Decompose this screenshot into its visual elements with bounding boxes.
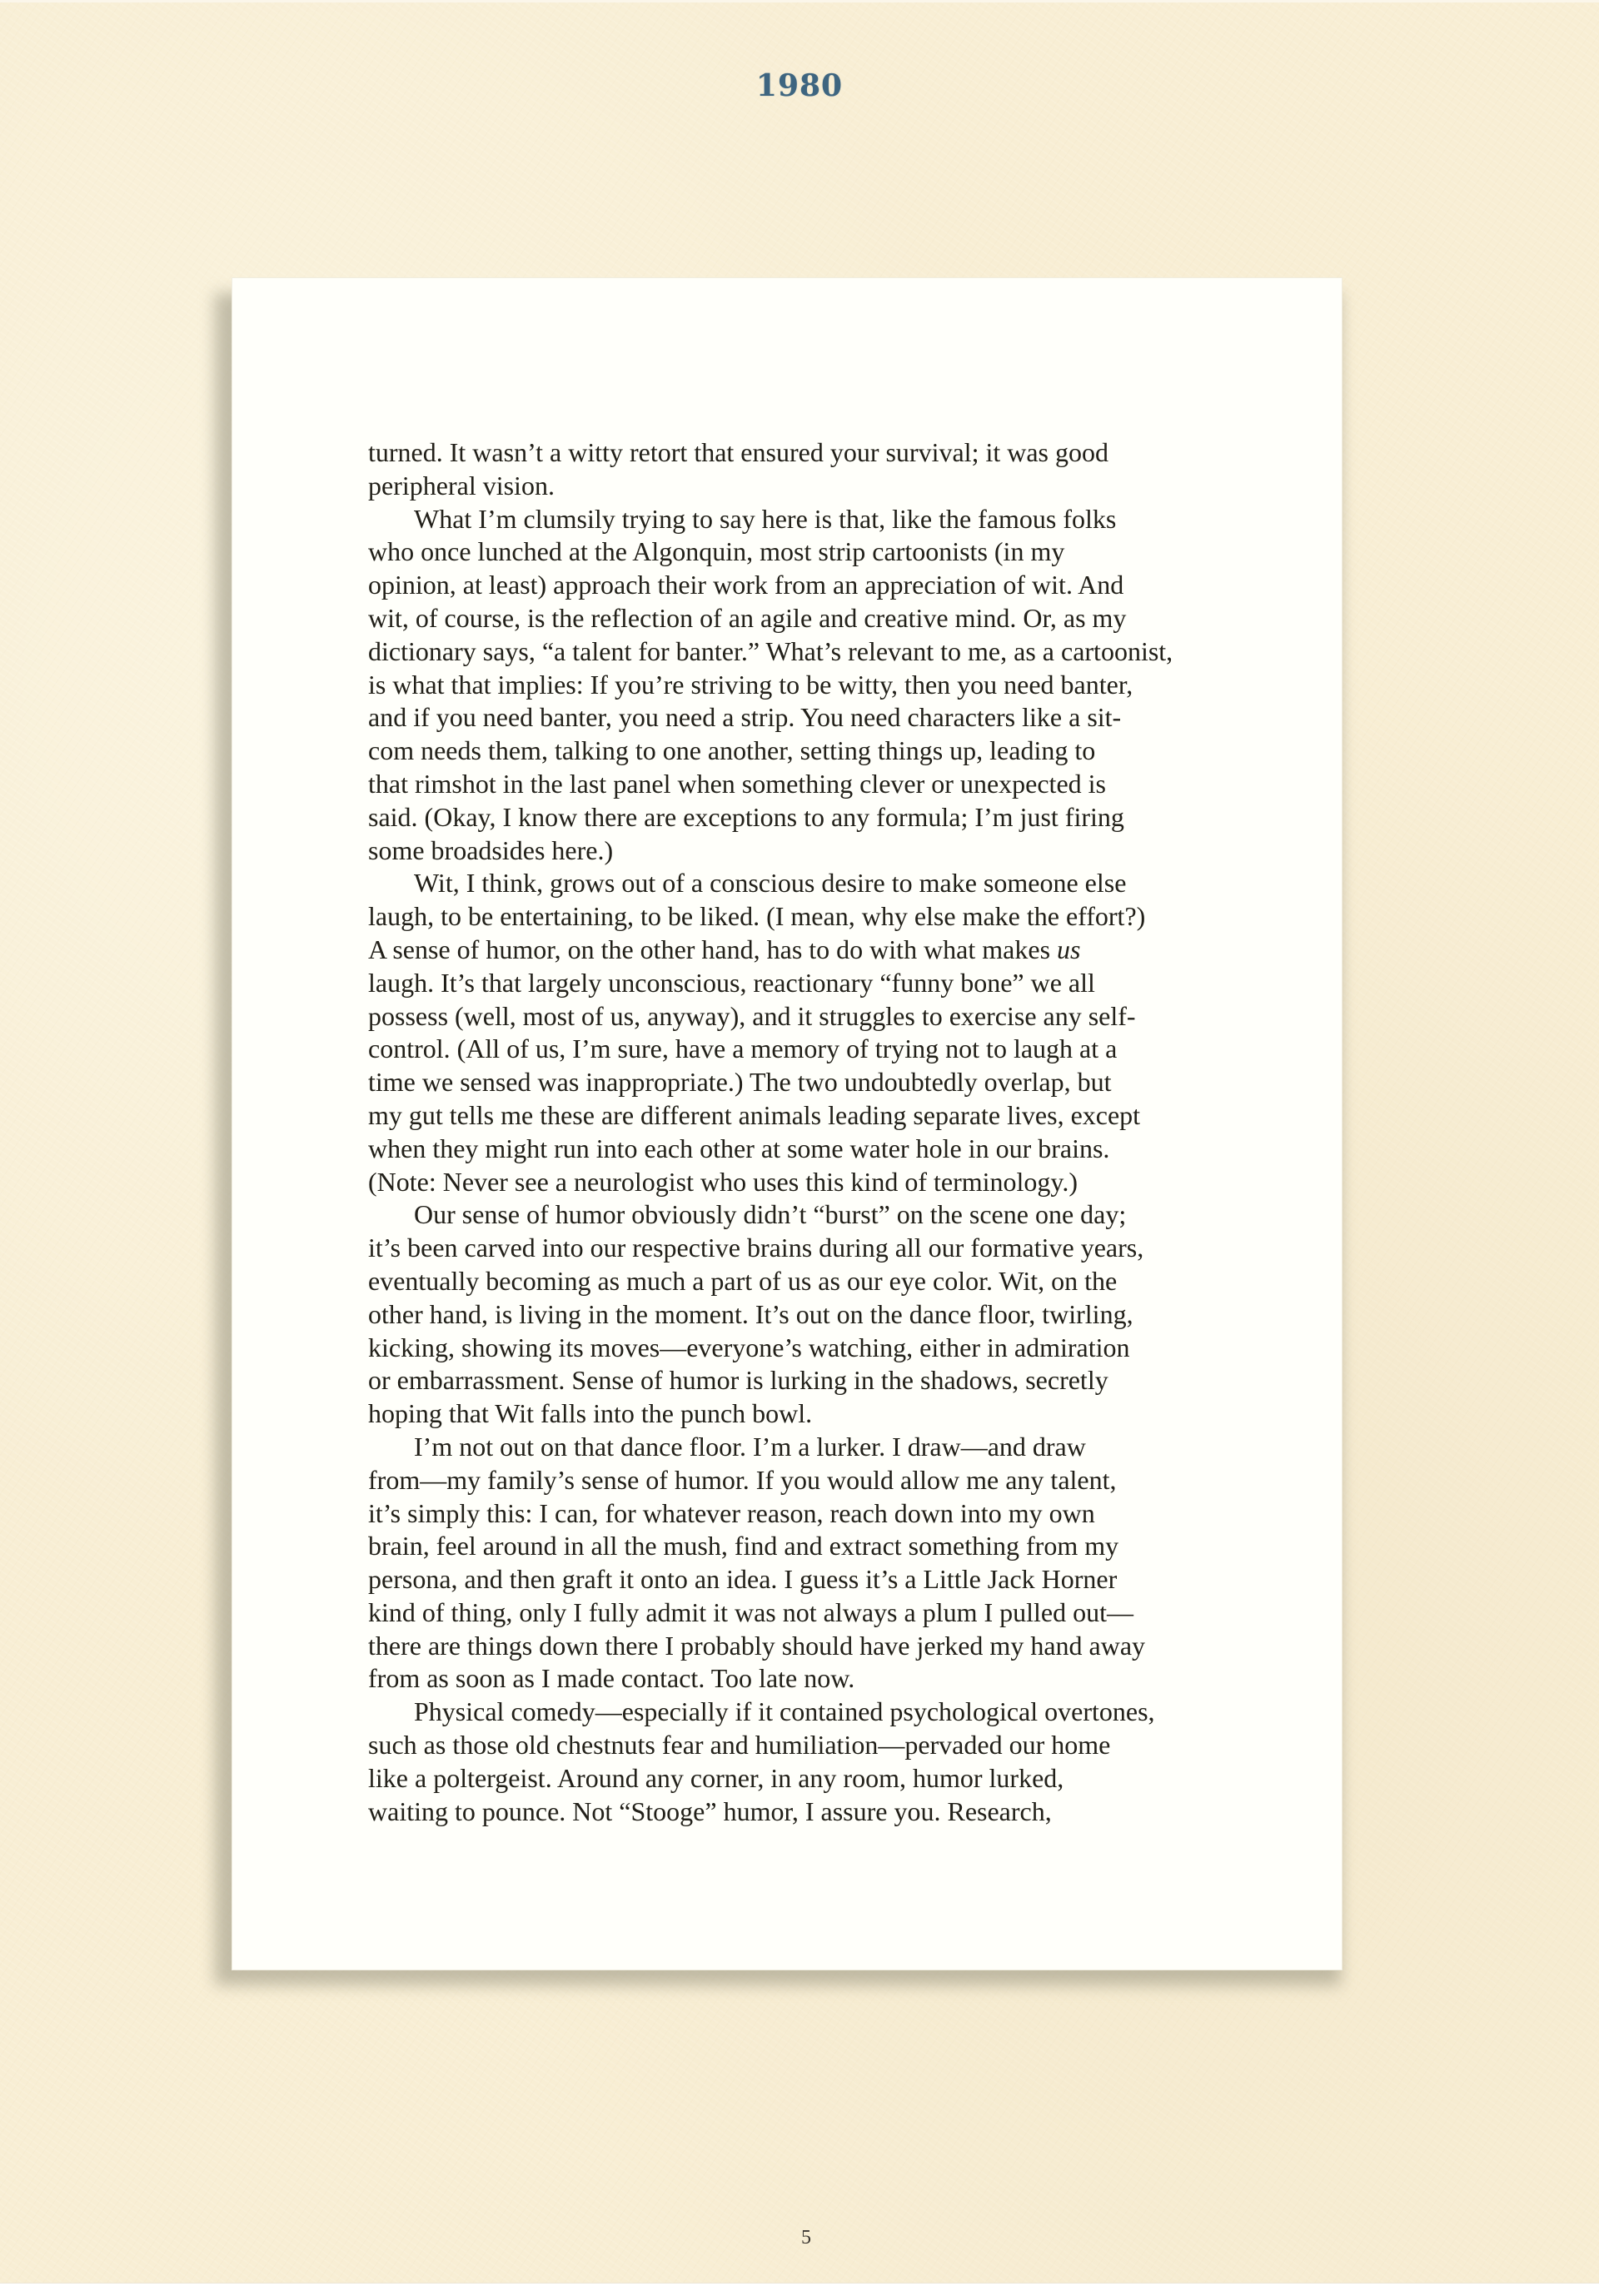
text-line: time we sensed was inappropriate.) The t…	[368, 1066, 1284, 1099]
italic-emphasis: us	[1057, 934, 1080, 964]
text-line: possess (well, most of us, anyway), and …	[368, 1000, 1284, 1033]
paragraph-first-line: Our sense of humor obviously didn’t “bur…	[368, 1198, 1284, 1232]
top-edge	[0, 0, 1599, 2]
paragraph-first-line: I’m not out on that dance floor. I’m a l…	[368, 1431, 1284, 1464]
text-line: such as those old chestnuts fear and hum…	[368, 1729, 1284, 1762]
text-line: dictionary says, “a talent for banter.” …	[368, 635, 1284, 669]
text-line: when they might run into each other at s…	[368, 1133, 1284, 1166]
text-line: from as soon as I made contact. Too late…	[368, 1662, 1284, 1696]
text-line: persona, and then graft it onto an idea.…	[368, 1563, 1284, 1596]
body-text: turned. It wasn’t a witty retort that en…	[368, 436, 1284, 1828]
text-line: waiting to pounce. Not “Stooge” humor, I…	[368, 1795, 1284, 1829]
text-line: com needs them, talking to one another, …	[368, 735, 1284, 768]
text-line: it’s simply this: I can, for whatever re…	[368, 1497, 1284, 1531]
text-line: or embarrassment. Sense of humor is lurk…	[368, 1364, 1284, 1397]
paragraph-first-line: What I’m clumsily trying to say here is …	[368, 503, 1284, 536]
text-line: my gut tells me these are different anim…	[368, 1099, 1284, 1133]
text-line: like a poltergeist. Around any corner, i…	[368, 1762, 1284, 1795]
text-line: some broadsides here.)	[368, 834, 1284, 868]
bottom-edge	[0, 2283, 1599, 2296]
text-line: (Note: Never see a neurologist who uses …	[368, 1166, 1284, 1199]
text-line: peripheral vision.	[368, 470, 1284, 503]
text-line: eventually becoming as much a part of us…	[368, 1265, 1284, 1298]
paragraph-first-line: Wit, I think, grows out of a conscious d…	[368, 867, 1284, 900]
text-line: kind of thing, only I fully admit it was…	[368, 1596, 1284, 1630]
text-line: it’s been carved into our respective bra…	[368, 1232, 1284, 1265]
text-line: other hand, is living in the moment. It’…	[368, 1298, 1284, 1332]
text-line: said. (Okay, I know there are exceptions…	[368, 801, 1284, 834]
paragraph-first-line: Physical comedy—especially if it contain…	[368, 1696, 1284, 1729]
text-line: opinion, at least) approach their work f…	[368, 569, 1284, 602]
text-line: A sense of humor, on the other hand, has…	[368, 934, 1284, 967]
text-line: brain, feel around in all the mush, find…	[368, 1530, 1284, 1563]
text-line: there are things down there I probably s…	[368, 1630, 1284, 1663]
text-line: from—my family’s sense of humor. If you …	[368, 1464, 1284, 1497]
text-line: hoping that Wit falls into the punch bow…	[368, 1397, 1284, 1431]
running-head-year: 1980	[0, 68, 1599, 103]
text-line: control. (All of us, I’m sure, have a me…	[368, 1033, 1284, 1066]
text-line: that rimshot in the last panel when some…	[368, 768, 1284, 801]
text-line: kicking, showing its moves—everyone’s wa…	[368, 1332, 1284, 1365]
text-line: turned. It wasn’t a witty retort that en…	[368, 436, 1284, 470]
text-line: laugh. It’s that largely unconscious, re…	[368, 967, 1284, 1000]
text-line: wit, of course, is the reflection of an …	[368, 602, 1284, 635]
text-line: laugh, to be entertaining, to be liked. …	[368, 900, 1284, 934]
text-line: who once lunched at the Algonquin, most …	[368, 535, 1284, 569]
text-line: is what that implies: If you’re striving…	[368, 669, 1284, 702]
page-number: 5	[0, 2227, 1599, 2249]
text-line: and if you need banter, you need a strip…	[368, 701, 1284, 735]
